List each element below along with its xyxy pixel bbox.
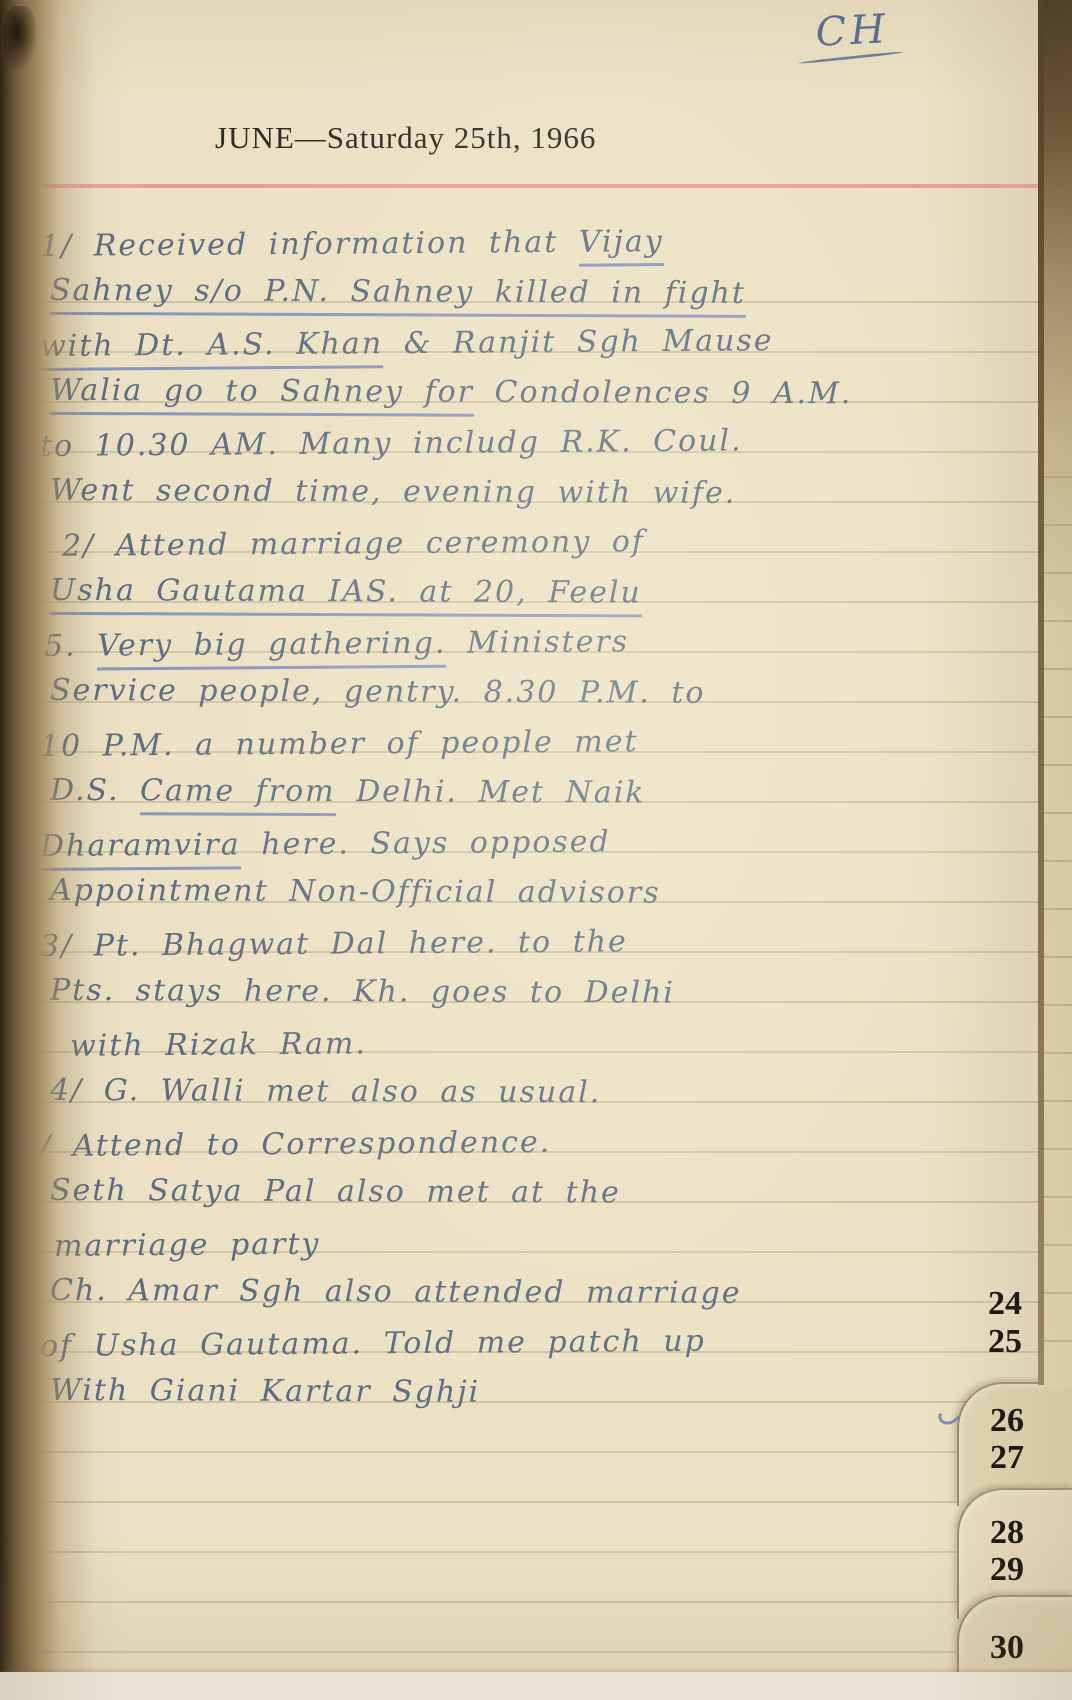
diary-line: 1/ Received information that Vijay (40, 214, 1045, 272)
diary-line: Usha Gautama IAS. at 20, Feelu (40, 566, 1045, 620)
handwriting: & Ranjit Sgh Mause (383, 323, 774, 361)
handwriting: With Giani Kartar Sghji (50, 1373, 480, 1410)
date-number: 29 (959, 1551, 1072, 1588)
diary-line: 10 P.M. a number of people met (40, 714, 1045, 772)
date-number: 28 (959, 1514, 1072, 1551)
binding-gutter-corner (3, 6, 37, 70)
handwriting: Condolences 9 A.M. (474, 375, 853, 412)
handwriting: Delhi. Met Naik (336, 774, 646, 810)
handwritten-corner-mark: CH (804, 6, 902, 62)
handwriting: 3/ Pt. Bhagwat Dal here. to the (40, 924, 628, 964)
header-divider-rule (28, 184, 1040, 188)
handwriting: Service people, gentry. 8.30 P.M. to (50, 673, 706, 711)
handwriting: Appointment Non-Official advisors (50, 873, 661, 911)
diary-line: to 10.30 AM. Many includg R.K. Coul. (40, 414, 1045, 472)
diary-line: With Giani Kartar Sghji (40, 1366, 1045, 1420)
diary-line: Dharamvira here. Says opposed (40, 814, 1045, 872)
handwriting: of Usha Gautama. Told me patch up (40, 1324, 706, 1364)
underlined-handwriting: Came from (140, 773, 336, 816)
underlined-handwriting: Vijay (579, 224, 664, 267)
diary-line: / Attend to Correspondence. (40, 1114, 1045, 1172)
diary-line: Went second time, evening with wife. (40, 466, 1045, 520)
diary-line: Pts. stays here. Kh. goes to Delhi (40, 966, 1045, 1020)
handwriting: Ministers (446, 624, 629, 660)
diary-lines: 1/ Received information that VijaySahney… (40, 218, 1045, 1418)
diary-line: marriage party (40, 1214, 1045, 1272)
diary-line: 3/ Pt. Bhagwat Dal here. to the (40, 914, 1045, 972)
diary-line: of Usha Gautama. Told me patch up (40, 1314, 1045, 1372)
handwriting: here. Says opposed (241, 824, 611, 862)
underlying-pages-ruling (1044, 430, 1072, 1385)
diary-line: 5. Very big gathering. Ministers (40, 614, 1045, 672)
handwriting: 2/ Attend marriage ceremony of (62, 524, 645, 564)
diary-line: with Dt. A.S. Khan & Ranjit Sgh Mause (40, 314, 1045, 372)
underlying-pages-edge (1044, 0, 1072, 1385)
date-number: 26 (959, 1402, 1072, 1439)
binding-gutter (0, 0, 95, 1672)
diary-line: 4/ G. Walli met also as usual. (40, 1066, 1045, 1120)
underlined-handwriting: Sahney s/o P.N. Sahney killed in fight (50, 273, 746, 318)
page-title: JUNE—Saturday 25th, 1966 (215, 120, 596, 156)
underlined-handwriting: Usha Gautama IAS. at 20, Feelu (50, 573, 642, 618)
diary-line: Seth Satya Pal also met at the (40, 1166, 1045, 1220)
underlined-handwriting: Walia go to Sahney for (50, 373, 474, 417)
diary-line: 2/ Attend marriage ceremony of (40, 514, 1045, 572)
handwriting: Seth Satya Pal also met at the (50, 1173, 621, 1210)
handwriting: / Attend to Correspondence. (40, 1125, 551, 1164)
diary-line: with Rizak Ram. (40, 1014, 1045, 1072)
diary-line: D.S. Came from Delhi. Met Naik (40, 766, 1045, 820)
diary-line: Sahney s/o P.N. Sahney killed in fight (40, 266, 1045, 320)
diary-line: Appointment Non-Official advisors (40, 866, 1045, 920)
handwriting: to 10.30 AM. Many includg R.K. Coul. (40, 423, 743, 464)
handwriting: 1/ Received information that (40, 225, 579, 264)
diary-line: Ch. Amar Sgh also attended marriage (40, 1266, 1045, 1320)
corner-mark-text: CH (814, 6, 890, 56)
date-number: 30 (959, 1629, 1072, 1666)
handwriting: Went second time, evening with wife. (50, 473, 736, 511)
diary-line: Service people, gentry. 8.30 P.M. to (40, 666, 1045, 720)
diary-page-scan: JUNE—Saturday 25th, 1966 CH 1/ Received … (0, 0, 1072, 1700)
handwriting: with Rizak Ram. (70, 1026, 367, 1063)
handwriting: 4/ G. Walli met also as usual. (50, 1073, 601, 1110)
photo-backing-strip (0, 1672, 1072, 1700)
handwriting: Pts. stays here. Kh. goes to Delhi (50, 973, 675, 1011)
diary-line: Walia go to Sahney for Condolences 9 A.M… (40, 366, 1045, 420)
handwriting: 10 P.M. a number of people met (40, 724, 639, 764)
underlined-handwriting: Very big gathering. (97, 626, 447, 671)
date-number: 27 (959, 1439, 1072, 1476)
handwriting: Ch. Amar Sgh also attended marriage (50, 1273, 742, 1311)
